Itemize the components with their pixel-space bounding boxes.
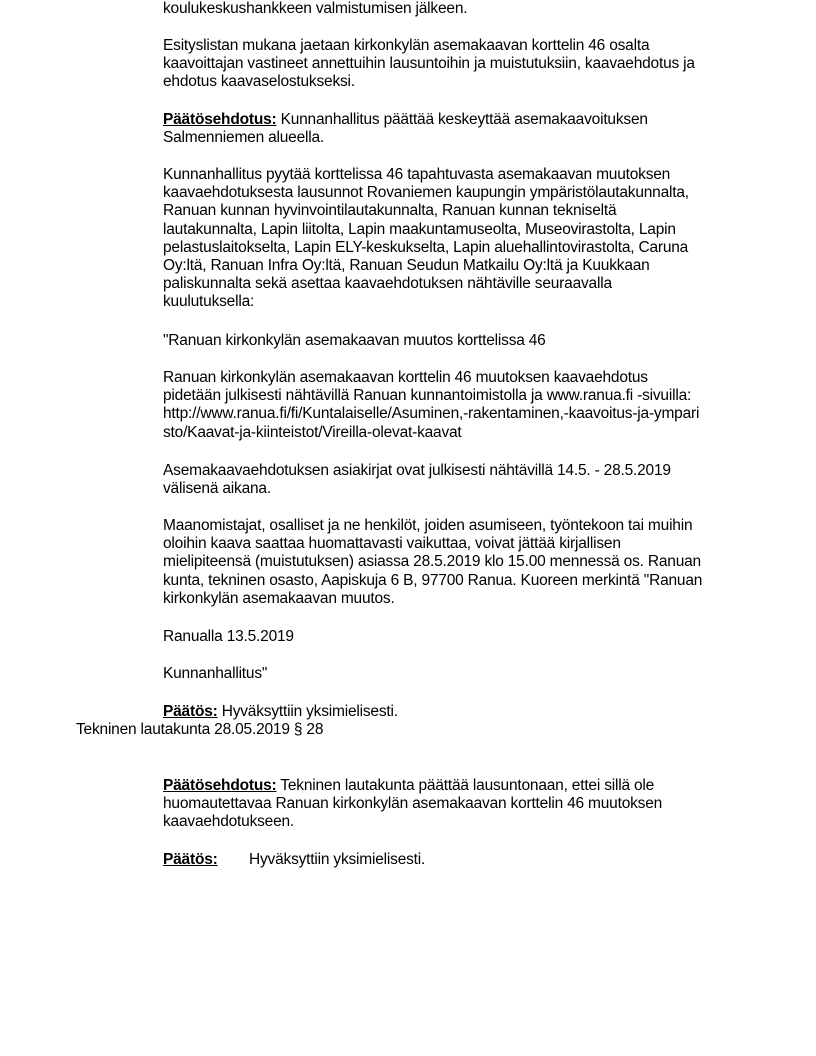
text-line: mielipiteensä (muistutuksen) asiassa 28.…	[163, 553, 743, 571]
notice-title: "Ranuan kirkonkylän asemakaavan muutos k…	[163, 332, 743, 350]
text-line: Päätös: Hyväksyttiin yksimielisesti.	[163, 703, 743, 721]
text-line: pidetään julkisesti nähtävillä Ranuan ku…	[163, 387, 743, 405]
text-line: Kunnanhallitus pyytää korttelissa 46 tap…	[163, 166, 743, 184]
text-line: Maanomistajat, osalliset ja ne henkilöt,…	[163, 517, 743, 535]
text-line: paliskunnalta sekä asettaa kaavaehdotuks…	[163, 275, 743, 293]
decision-label: Päätös:	[163, 851, 249, 869]
proposal-text: Kunnanhallitus päättää keskeyttää asemak…	[276, 111, 647, 128]
text-line: Kunnanhallitus"	[163, 665, 743, 683]
text-line: kaavaehdotukseen.	[163, 813, 743, 831]
place-date: Ranualla 13.5.2019	[163, 628, 743, 646]
text-line: Ranuan kirkonkylän asemakaavan korttelin…	[163, 369, 743, 387]
decision-text: Hyväksyttiin yksimielisesti.	[249, 851, 425, 868]
statement-request-paragraph: Kunnanhallitus pyytää korttelissa 46 tap…	[163, 166, 743, 312]
decision-1: Päätös: Hyväksyttiin yksimielisesti.	[163, 703, 743, 721]
text-line: kuulutuksella:	[163, 293, 743, 311]
text-line: Ranualla 13.5.2019	[163, 628, 743, 646]
text-line: "Ranuan kirkonkylän asemakaavan muutos k…	[163, 332, 743, 350]
text-line: Ranuan kunnan hyvinvointilautakunnalta, …	[163, 202, 743, 220]
text-line: Oy:ltä, Ranuan Infra Oy:ltä, Ranuan Seud…	[163, 257, 743, 275]
notice-period-paragraph: Asemakaavaehdotuksen asiakirjat ovat jul…	[163, 462, 743, 498]
text-line: ehdotus kaavaselostukseksi.	[163, 73, 743, 91]
notice-body-paragraph: Ranuan kirkonkylän asemakaavan korttelin…	[163, 369, 743, 442]
intro-tail-paragraph: koulukeskushankkeen valmistumisen jälkee…	[163, 0, 743, 18]
decision-2: Päätös:Hyväksyttiin yksimielisesti.	[163, 851, 743, 869]
section-header: Tekninen lautakunta 28.05.2019 § 28	[76, 721, 323, 739]
proposal-label: Päätösehdotus:	[163, 777, 276, 794]
url-line: http://www.ranua.fi/fi/Kuntalaiselle/Asu…	[163, 405, 743, 423]
decision-proposal-1: Päätösehdotus: Kunnanhallitus päättää ke…	[163, 111, 743, 147]
text-line: Päätösehdotus: Tekninen lautakunta päätt…	[163, 777, 743, 795]
signature: Kunnanhallitus"	[163, 665, 743, 683]
text-line: Esityslistan mukana jaetaan kirkonkylän …	[163, 37, 743, 55]
text-line: kaavaehdotuksesta lausunnot Rovaniemen k…	[163, 184, 743, 202]
decision-label: Päätös:	[163, 703, 218, 720]
url-line: sto/Kaavat-ja-kiinteistot/Vireilla-oleva…	[163, 424, 743, 442]
text-line: kaavoittajan vastineet annettuihin lausu…	[163, 55, 743, 73]
decision-text: Hyväksyttiin yksimielisesti.	[218, 703, 398, 720]
text-line: välisenä aikana.	[163, 480, 743, 498]
notice-objections-paragraph: Maanomistajat, osalliset ja ne henkilöt,…	[163, 517, 743, 608]
text-line: Asemakaavaehdotuksen asiakirjat ovat jul…	[163, 462, 743, 480]
text-line: kirkonkylän asemakaavan muutos.	[163, 590, 743, 608]
text-line: lautakunnalta, Lapin liitolta, Lapin maa…	[163, 221, 743, 239]
decision-proposal-2: Päätösehdotus: Tekninen lautakunta päätt…	[163, 777, 743, 832]
text-line: kunta, tekninen osasto, Aapiskuja 6 B, 9…	[163, 572, 743, 590]
proposal-text: Tekninen lautakunta päättää lausuntonaan…	[276, 777, 654, 794]
proposal-label: Päätösehdotus:	[163, 111, 276, 128]
text-line: huomautettavaa Ranuan kirkonkylän asemak…	[163, 795, 743, 813]
text-line: Salmenniemen alueella.	[163, 129, 743, 147]
text-line: pelastuslaitokselta, Lapin ELY-keskuksel…	[163, 239, 743, 257]
text-line: Päätösehdotus: Kunnanhallitus päättää ke…	[163, 111, 743, 129]
text-line: koulukeskushankkeen valmistumisen jälkee…	[163, 0, 743, 18]
text-line: Päätös:Hyväksyttiin yksimielisesti.	[163, 851, 743, 869]
text-line: oloihin kaava saattaa huomattavasti vaik…	[163, 535, 743, 553]
agenda-note-paragraph: Esityslistan mukana jaetaan kirkonkylän …	[163, 37, 743, 92]
